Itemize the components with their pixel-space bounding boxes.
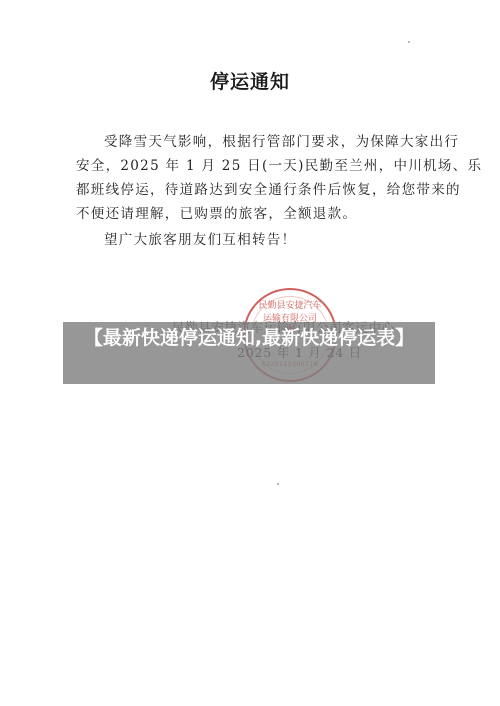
- scan-speck: [277, 483, 279, 485]
- paragraph-line-3: 都班线停运，待道路达到安全通行条件后恢复，给您带来的: [76, 182, 461, 198]
- caption-overlay-banner: 【最新快递停运通知,最新快递停运表】: [63, 322, 435, 384]
- paragraph-line-2: 安全，2025 年 1 月 25 日(一天)民勤至兰州，中川机场、乐: [76, 158, 482, 174]
- paragraph-line-4: 不便还请理解，已购票的旅客，全额退款。: [76, 206, 357, 222]
- paragraph-line-1: 受降雪天气影响，根据行管部门要求，为保障大家出行: [104, 134, 459, 150]
- notice-page: 停运通知 受降雪天气影响，根据行管部门要求，为保障大家出行 安全，2025 年 …: [0, 0, 500, 706]
- scan-speck: [408, 41, 410, 43]
- document-title: 停运通知: [0, 67, 500, 94]
- caption-text: 【最新快递停运通知,最新快递停运表】: [63, 326, 435, 350]
- paragraph-line-5: 望广大旅客朋友们互相转告！: [104, 232, 296, 248]
